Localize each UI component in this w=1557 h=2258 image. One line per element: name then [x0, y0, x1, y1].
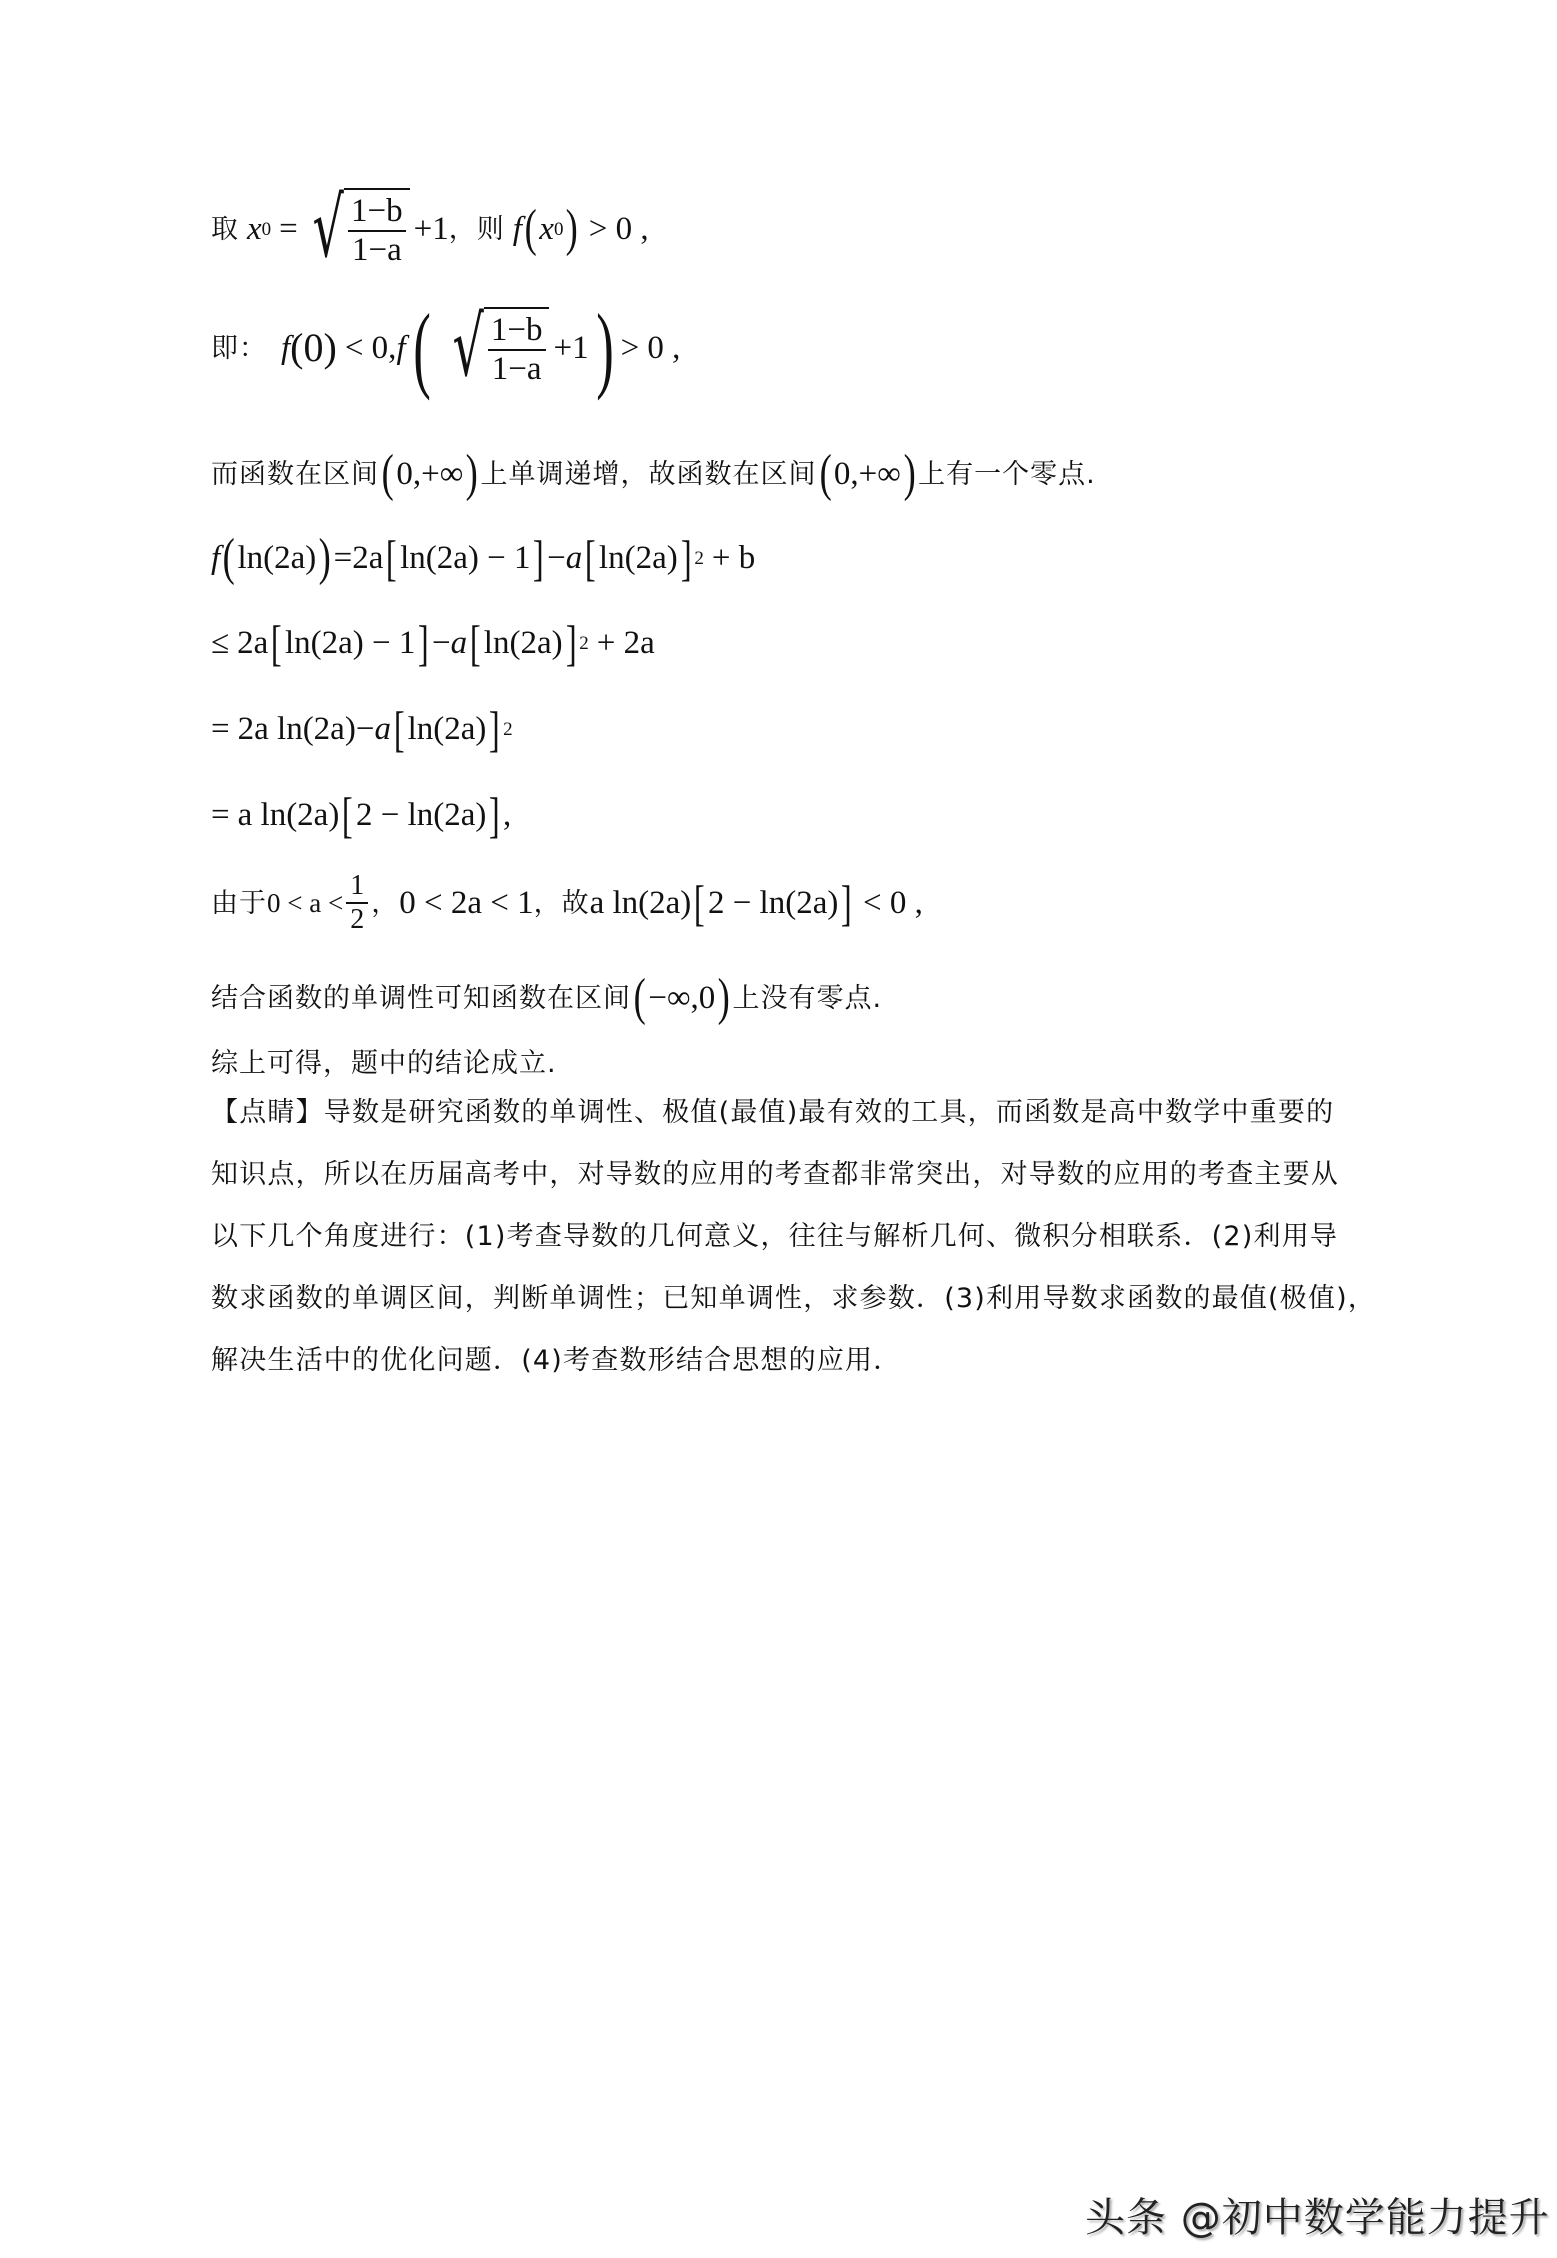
sqrt-expression: √ 1−b 1−a	[442, 307, 550, 389]
term-1: a ln(2a)	[238, 799, 340, 832]
bracket-2: ln(2a)	[408, 713, 487, 746]
fraction-numerator: 1−b	[347, 195, 407, 230]
bracket-expression: 2 − ln(2a)	[708, 887, 838, 920]
right-bracket: ]	[533, 533, 544, 583]
right-paren: )	[903, 448, 915, 500]
func-f: f	[211, 542, 220, 575]
tail-term: + b	[712, 542, 755, 575]
interval-1: 0,+∞	[396, 458, 463, 491]
text-line-conclusion: 综上可得，题中的结论成立.	[211, 1050, 557, 1077]
conclusion-text: 综上可得，题中的结论成立.	[211, 1050, 557, 1077]
plus-one: +1	[414, 213, 449, 246]
equals-sign: =	[211, 799, 230, 832]
left-bracket: [	[470, 618, 481, 668]
left-bracket: [	[342, 790, 353, 840]
text-then: ，则	[449, 216, 505, 243]
fraction-one-half: 1 2	[346, 872, 368, 934]
term-2: a	[374, 713, 391, 746]
right-paren: )	[319, 532, 331, 584]
text-since: 由于	[211, 890, 267, 917]
left-bracket: [	[271, 618, 282, 668]
left-paren: (	[819, 448, 831, 500]
fraction-numerator: 1	[346, 872, 368, 902]
expression: a ln(2a)	[590, 887, 692, 920]
formula-line-eq1: = 2a ln(2a) − a [ ln(2a) ] 2	[211, 704, 513, 754]
fraction-denominator: 1−a	[488, 349, 546, 386]
right-bracket: ]	[681, 533, 692, 583]
commentary-line: 数求函数的单调区间，判断单调性；已知单调性，求参数．(3)利用导数求函数的最值(…	[211, 1268, 1361, 1330]
separator-1: ，	[371, 890, 399, 917]
fraction-denominator: 2	[346, 902, 368, 934]
term-2: a	[451, 627, 468, 660]
left-bracket: [	[394, 704, 405, 754]
radical-icon: √	[452, 307, 483, 389]
greater-than-zero: > 0 ,	[621, 332, 681, 365]
term-1: 2a	[237, 627, 268, 660]
less-than-zero: < 0,	[345, 332, 397, 365]
watermark: 头条 @初中数学能力提升	[1085, 2186, 1550, 2243]
commentary-paragraph: 【点睛】导数是研究函数的单调性、极值(最值)最有效的工具，而函数是高中数学中重要…	[211, 1082, 1361, 1392]
left-paren: (	[223, 532, 235, 584]
equals-sign: =	[211, 713, 230, 746]
var-x: x	[247, 213, 262, 246]
left-bracket: [	[386, 533, 397, 583]
minus-sign: −	[356, 713, 375, 746]
radical-icon: √	[312, 188, 343, 270]
arg-subscript: 0	[554, 220, 564, 239]
equals-sign: =	[334, 542, 353, 575]
tail-comma: ,	[503, 799, 511, 832]
func-f: f	[513, 213, 522, 246]
bracket-1: ln(2a) − 1	[400, 542, 530, 575]
tail-inequality: < 0 ,	[863, 887, 923, 920]
term-2: a	[566, 542, 583, 575]
text-a: 结合函数的单调性可知函数在区间	[211, 985, 631, 1012]
fraction: 1−b 1−a	[487, 314, 547, 386]
leq-sign: ≤	[211, 627, 229, 660]
left-bracket: [	[585, 533, 596, 583]
right-bracket: ]	[418, 618, 429, 668]
formula-line-f-ln2a: f ( ln(2a) ) = 2a [ ln(2a) − 1 ] − a [ l…	[211, 532, 755, 584]
arg-x: x	[539, 213, 554, 246]
fraction-denominator: 1−a	[348, 230, 406, 267]
exponent-2: 2	[503, 720, 513, 739]
sqrt-expression: √ 1−b 1−a	[302, 188, 410, 270]
text-line-no-zero: 结合函数的单调性可知函数在区间 ( −∞,0 ) 上没有零点.	[211, 972, 882, 1024]
tail-term: + 2a	[597, 627, 655, 660]
subscript-0: 0	[262, 220, 272, 239]
right-bracket: ]	[489, 790, 500, 840]
term-1: 2a	[352, 542, 383, 575]
right-bracket: ]	[841, 878, 852, 928]
func-f: f	[281, 332, 290, 365]
text-a: 而函数在区间	[211, 461, 379, 488]
text-b: 上单调递增，故函数在区间	[481, 461, 817, 488]
f-of-zero: (0)	[290, 328, 337, 368]
inequality-a: 0 < a <	[267, 890, 343, 917]
text-take: 取	[211, 216, 239, 243]
right-bracket: ]	[489, 704, 500, 754]
right-paren: )	[566, 203, 578, 255]
interval: −∞,0	[648, 982, 715, 1015]
left-paren: (	[634, 972, 646, 1024]
left-paren: (	[525, 203, 537, 255]
lhs-arg: ln(2a)	[238, 542, 317, 575]
bracket-1: ln(2a) − 1	[285, 627, 415, 660]
minus-sign: −	[432, 627, 451, 660]
separator-2: ，故	[534, 890, 590, 917]
document-page: 取 x0 = √ 1−b 1−a +1 ，则 f ( x0 ) > 0 , 即：…	[0, 0, 1557, 2258]
bracket-2: ln(2a)	[599, 542, 678, 575]
inequality-b: 0 < 2a < 1	[399, 887, 533, 920]
exponent-2: 2	[579, 634, 589, 653]
plus-one: +1	[553, 332, 588, 365]
bracket-2: ln(2a)	[484, 627, 563, 660]
term-1: 2a ln(2a)	[238, 713, 356, 746]
text-namely: 即：	[211, 335, 267, 362]
right-bracket: ]	[565, 618, 576, 668]
left-bracket: [	[694, 878, 705, 928]
func-f-second: f	[396, 332, 405, 365]
right-paren: )	[466, 448, 478, 500]
right-paren: )	[718, 972, 730, 1024]
formula-line-namely: 即： f (0) < 0, f ( √ 1−b 1−a +1 ) > 0 ,	[211, 300, 680, 396]
text-b: 上没有零点.	[733, 985, 883, 1012]
interval-2: 0,+∞	[834, 458, 901, 491]
commentary-line: 解决生活中的优化问题．(4)考查数形结合思想的应用．	[211, 1330, 1361, 1392]
text-line-increasing: 而函数在区间 ( 0,+∞ ) 上单调递增，故函数在区间 ( 0,+∞ ) 上有…	[211, 448, 1096, 500]
right-big-paren: )	[596, 300, 614, 396]
left-big-paren: (	[413, 300, 431, 396]
formula-line-eq2: = a ln(2a) [ 2 − ln(2a) ] ,	[211, 790, 511, 840]
text-c: 上有一个零点.	[918, 461, 1096, 488]
formula-line-since: 由于 0 < a < 1 2 ， 0 < 2a < 1 ，故 a ln(2a) …	[211, 872, 923, 934]
left-paren: (	[382, 448, 394, 500]
commentary-line: 【点睛】导数是研究函数的单调性、极值(最值)最有效的工具，而函数是高中数学中重要…	[211, 1082, 1361, 1144]
minus-sign: −	[547, 542, 566, 575]
commentary-line: 知识点，所以在历届高考中，对导数的应用的考查都非常突出，对导数的应用的考查主要从	[211, 1144, 1361, 1206]
exponent-2: 2	[694, 549, 704, 568]
equals-sign: =	[279, 213, 298, 246]
fraction: 1−b 1−a	[347, 195, 407, 267]
commentary-line: 以下几个角度进行：(1)考查导数的几何意义，往往与解析几何、微积分相联系．(2)…	[211, 1206, 1361, 1268]
bracket-1: 2 − ln(2a)	[356, 799, 486, 832]
formula-line-take-x0: 取 x0 = √ 1−b 1−a +1 ，则 f ( x0 ) > 0 ,	[211, 188, 649, 270]
inequality-rest: > 0 ,	[589, 213, 649, 246]
fraction-numerator: 1−b	[487, 314, 547, 349]
formula-line-leq: ≤ 2a [ ln(2a) − 1 ] − a [ ln(2a) ] 2 + 2…	[211, 618, 655, 668]
